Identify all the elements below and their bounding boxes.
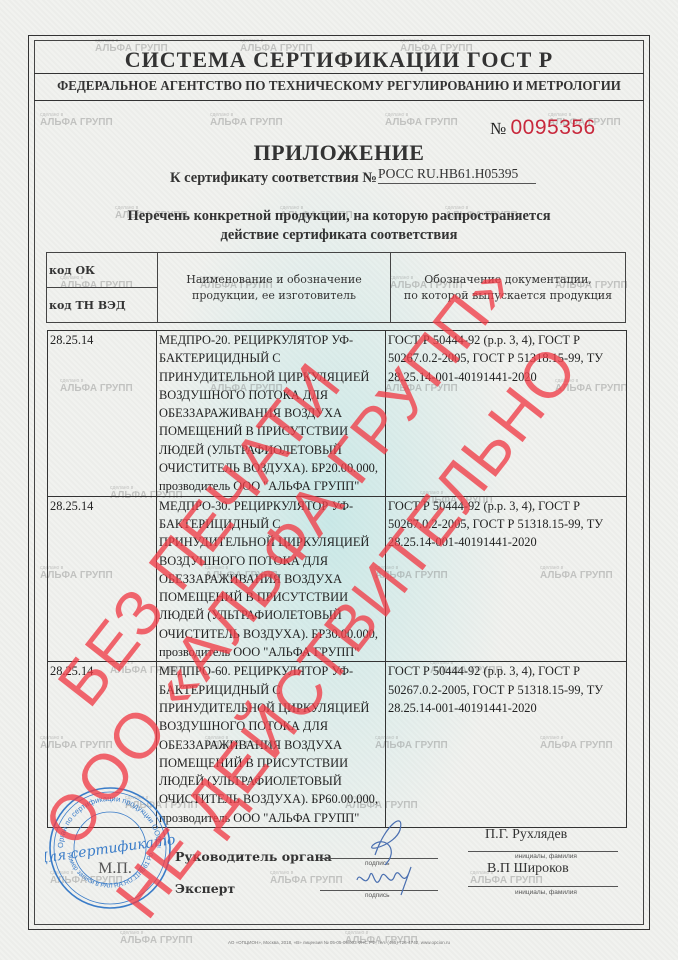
- list-title-line: действие сертификата соответствия: [34, 226, 644, 245]
- agency-title: ФЕДЕРАЛЬНОЕ АГЕНТСТВО ПО ТЕХНИЧЕСКОМУ РЕ…: [46, 78, 632, 94]
- header-text: продукции, ее изготовитель: [159, 288, 389, 304]
- header-divider: [34, 73, 644, 74]
- header-product-name: Наименование и обозначение продукции, ее…: [158, 253, 391, 323]
- product-code: 28.25.14: [48, 331, 157, 497]
- footer-print-info: АО «ОПЦИОН», Москва, 2018, «В» лицензия …: [34, 940, 644, 945]
- form-number: № 0095356: [490, 116, 596, 140]
- system-title: СИСТЕМА СЕРТИФИКАЦИИ ГОСТ Р: [34, 47, 644, 73]
- header-code-ok: код ОК: [47, 253, 158, 288]
- header-text: Наименование и обозначение: [159, 272, 389, 288]
- table-header: код ОК Наименование и обозначение продук…: [46, 252, 626, 323]
- product-docs: ГОСТ Р 50444-92 (р.р. 3, 4), ГОСТ Р 5026…: [386, 662, 627, 828]
- initials-caption: инициалы, фамилия: [515, 889, 577, 896]
- expert-name-line: [468, 886, 618, 887]
- signature-icon: [345, 805, 425, 905]
- appendix-title: ПРИЛОЖЕНИЕ: [34, 140, 644, 166]
- head-name-line: [468, 851, 618, 852]
- list-title-line: Перечень конкретной продукции, на котору…: [34, 207, 644, 226]
- header-divider: [34, 100, 644, 101]
- form-number-value: 0095356: [510, 116, 595, 139]
- number-sign: №: [490, 119, 506, 138]
- product-list-title: Перечень конкретной продукции, на котору…: [34, 207, 644, 245]
- header-code-tnved: код ТН ВЭД: [47, 288, 158, 323]
- head-name: П.Г. Рухлядев: [485, 827, 567, 843]
- certificate-label: К сертификату соответствия №: [170, 170, 377, 187]
- initials-caption: инициалы, фамилия: [515, 853, 577, 860]
- certificate-number: РОСС RU.НВ61.Н05395: [378, 166, 536, 184]
- expert-name: В.П Широков: [487, 861, 569, 877]
